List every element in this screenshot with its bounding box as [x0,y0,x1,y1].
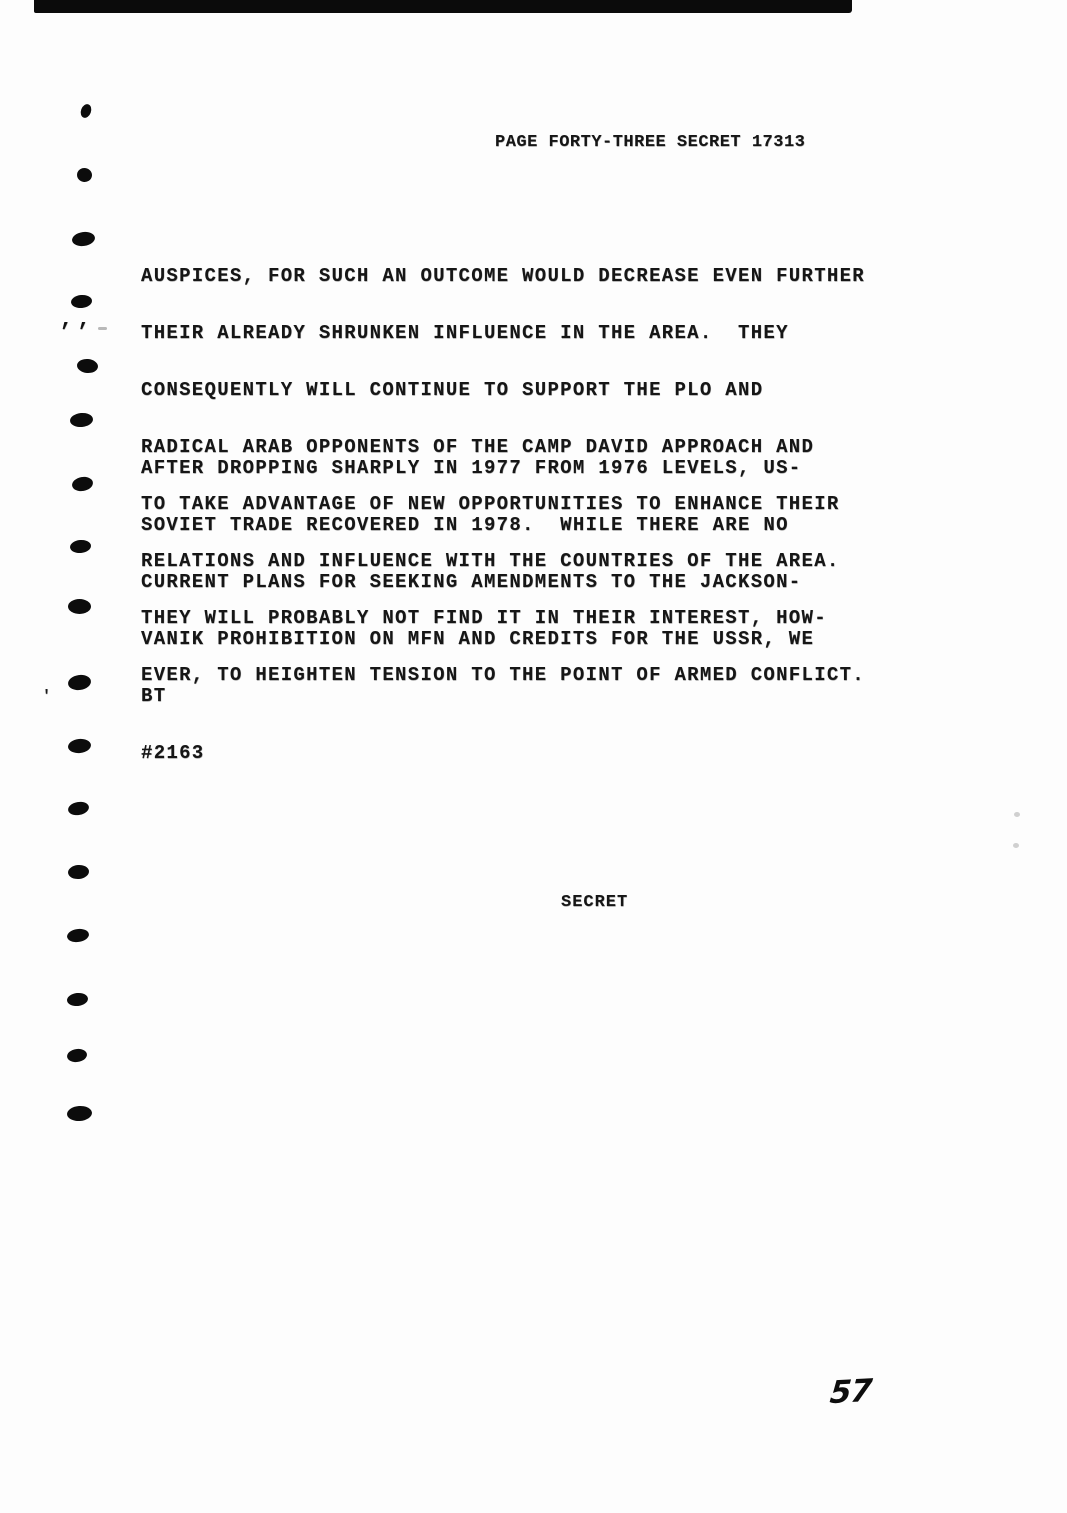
binder-dot [79,103,93,120]
paragraph-line: AFTER DROPPING SHARPLY IN 1977 FROM 1976… [141,458,814,479]
paragraph-line: SOVIET TRADE RECOVERED IN 1978. WHILE TH… [141,515,814,536]
paragraph-line: THEIR ALREADY SHRUNKEN INFLUENCE IN THE … [141,323,865,344]
ditto-ink-marks: ,, [60,309,95,332]
paragraph-us-soviet-trade: AFTER DROPPING SHARPLY IN 1977 FROM 1976… [141,422,814,800]
binder-dot [66,927,90,943]
scanned-document-page: PAGE FORTY-THREE SECRET 17313 AUSPICES, … [0,0,1067,1513]
binder-dot [68,599,91,614]
binder-dot [70,294,92,309]
scan-speck [1013,843,1019,848]
paragraph-line: AUSPICES, FOR SUCH AN OUTCOME WOULD DECR… [141,266,865,287]
faint-dash-mark [98,327,107,330]
binder-dot [66,1105,92,1122]
binder-dot [67,738,91,754]
handwritten-page-number: 57 [828,1373,872,1411]
binder-dot [71,230,96,247]
secret-classification-stamp: SECRET [561,893,628,912]
paragraph-line: CONSEQUENTLY WILL CONTINUE TO SUPPORT TH… [141,380,865,401]
paragraph-line: CURRENT PLANS FOR SEEKING AMENDMENTS TO … [141,572,814,593]
page-header-line: PAGE FORTY-THREE SECRET 17313 [495,133,805,152]
binder-dot [69,412,93,428]
binder-dot [76,358,98,374]
binder-dot [70,475,93,492]
binder-dot [75,167,92,183]
binder-dot [67,864,89,880]
binder-dot [67,673,92,691]
message-number-line: #2163 [141,743,814,764]
scan-speck [1014,812,1020,817]
scan-artifact-bar [34,0,852,13]
paragraph-line: VANIK PROHIBITION ON MFN AND CREDITS FOR… [141,629,814,650]
signoff-line: BT [141,686,814,707]
binder-dot [69,539,91,554]
binder-dot [67,800,90,816]
binder-dot [66,1047,88,1063]
stray-ink-mark: ' [42,688,51,705]
binder-dot [66,991,88,1006]
